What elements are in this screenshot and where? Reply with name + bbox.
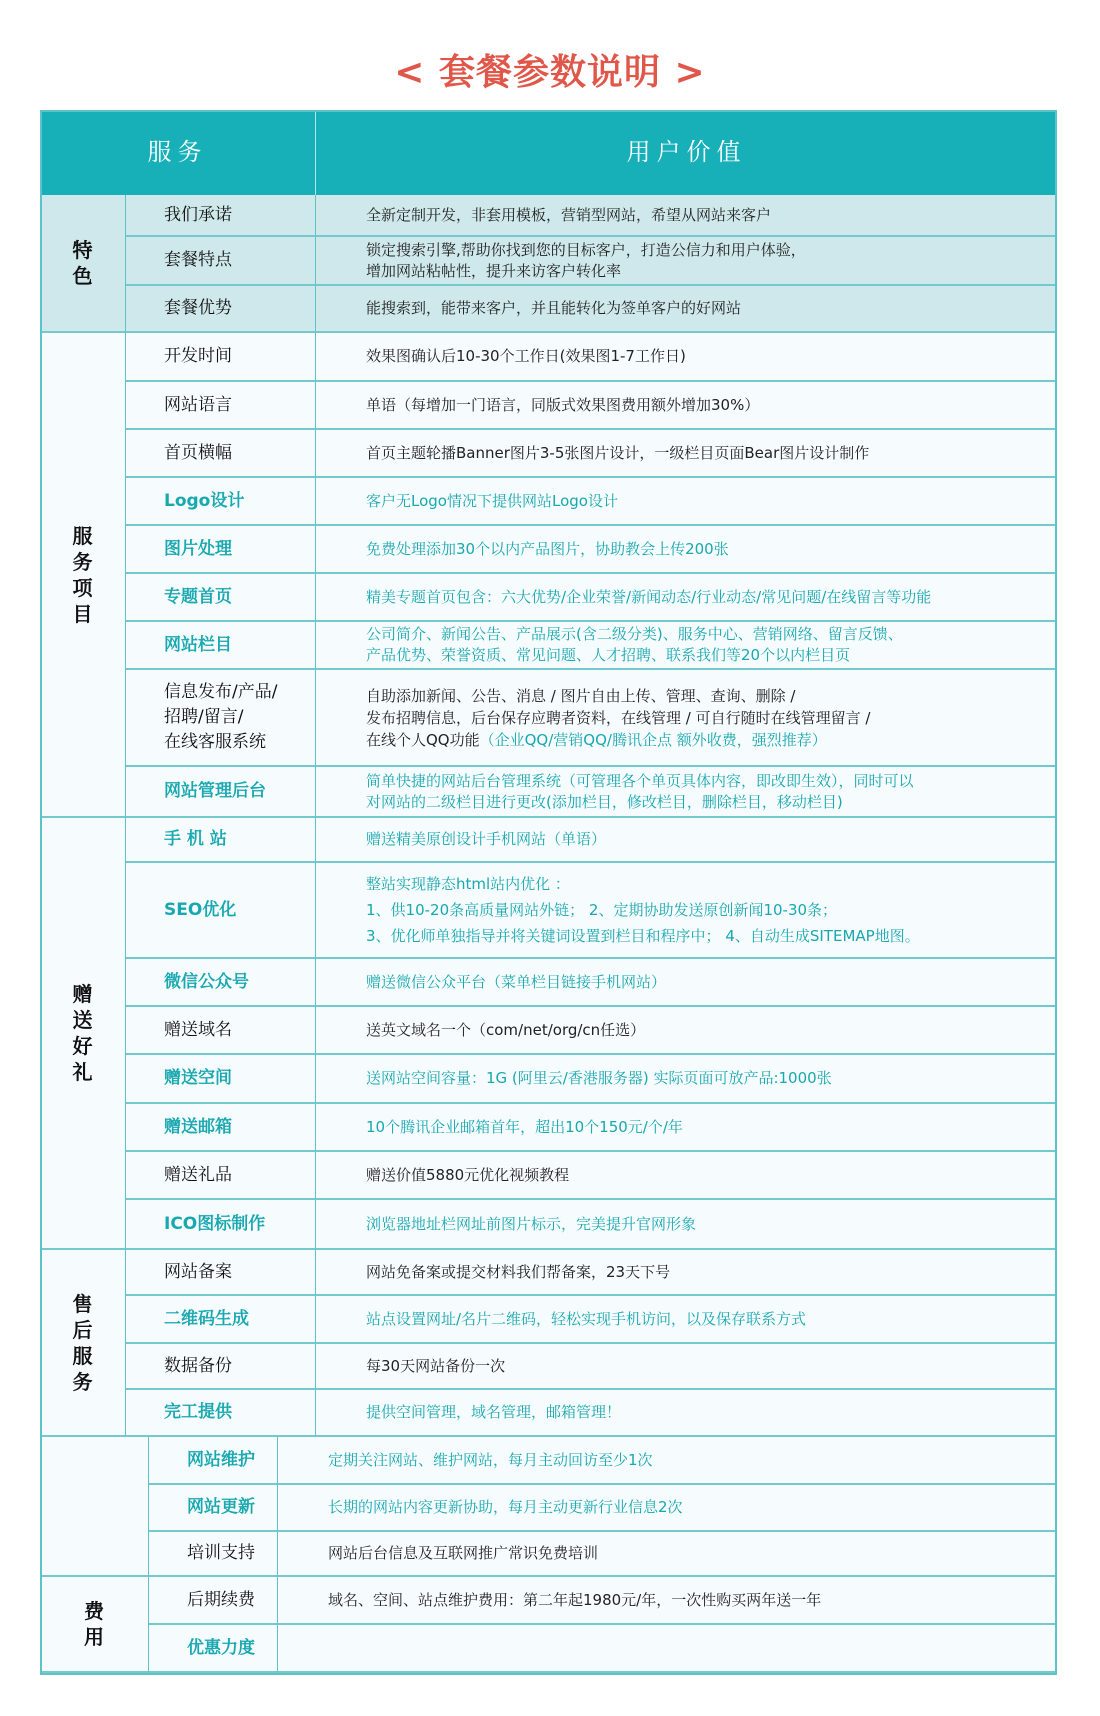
service-value-cell: 送英文域名一个（com/net/org/cn任选） [316, 1007, 1057, 1055]
service-value: 整站实现静态html站内优化 ：1、供10-20条高质量网站外链； 2、定期协助… [366, 871, 920, 949]
group-label: 赠送好礼 [72, 981, 94, 1085]
service-name: 网站备案 [164, 1260, 232, 1285]
service-line: 专题首页 [164, 585, 232, 610]
service-name-cell: 套餐特点 [126, 237, 316, 286]
group-label-cell: 费用 [40, 1577, 149, 1673]
service-value-cell: 域名、空间、站点维护费用：第二年起1980元/年，一次性购买两年送一年 [278, 1577, 1057, 1625]
service-value: 公司简介、新闻公告、产品展示(含二级分类)、服务中心、营销网络、留言反馈、产品优… [366, 624, 903, 666]
service-name-cell: 网站维护 [149, 1437, 278, 1485]
value-line: 站点设置网址/名片二维码，轻松实现手机访问，以及保存联系方式 [366, 1309, 806, 1330]
service-name-cell: SEO优化 [126, 863, 316, 959]
service-line: 赠送空间 [164, 1066, 232, 1091]
service-name-cell: 微信公众号 [126, 959, 316, 1007]
service-value-cell: 能搜索到，能带来客户，并且能转化为签单客户的好网站 [316, 286, 1057, 333]
service-value-cell: 公司简介、新闻公告、产品展示(含二级分类)、服务中心、营销网络、留言反馈、产品优… [316, 622, 1057, 670]
service-line: 套餐特点 [164, 248, 232, 273]
value-line: 每30天网站备份一次 [366, 1356, 505, 1377]
service-value-cell: 每30天网站备份一次 [316, 1344, 1057, 1390]
value-line: 效果图确认后10-30个工作日(效果图1-7工作日) [366, 346, 686, 367]
value-line: 单语（每增加一门语言，同版式效果图费用额外增加30%） [366, 395, 759, 416]
service-name: 微信公众号 [164, 970, 249, 995]
service-value: 10个腾讯企业邮箱首年，超出10个150元/个/年 [366, 1117, 683, 1138]
value-line: 产品优势、荣誉资质、常见问题、人才招聘、联系我们等20个以内栏目页 [366, 645, 903, 666]
service-name: Logo设计 [164, 489, 244, 514]
service-name: 网站管理后台 [164, 779, 266, 804]
service-value-cell: 单语（每增加一门语言，同版式效果图费用额外增加30%） [316, 382, 1057, 430]
value-line: 首页主题轮播Banner图片3-5张图片设计，一级栏目页面Bear图片设计制作 [366, 443, 869, 464]
service-name-cell: 我们承诺 [126, 195, 316, 237]
service-name-cell: 图片处理 [126, 526, 316, 574]
service-value: 提供空间管理，域名管理，邮箱管理！ [366, 1402, 621, 1423]
service-name: ICO图标制作 [164, 1212, 265, 1237]
service-value: 每30天网站备份一次 [366, 1356, 505, 1377]
value-line: 3、优化师单独指导并将关键词设置到栏目和程序中； 4、自动生成SITEMAP地图… [366, 923, 920, 949]
service-name: 完工提供 [164, 1400, 232, 1425]
service-value: 效果图确认后10-30个工作日(效果图1-7工作日) [366, 346, 686, 367]
service-name-cell: 网站栏目 [126, 622, 316, 670]
service-name-cell: 后期续费 [149, 1577, 278, 1625]
service-name-cell: 套餐优势 [126, 286, 316, 333]
service-name: 首页横幅 [164, 441, 232, 466]
service-name: 套餐特点 [164, 248, 232, 273]
service-value-cell: 送网站空间容量：1G (阿里云/香港服务器) 实际页面可放产品:1000张 [316, 1055, 1057, 1104]
group-label: 售后服务 [72, 1291, 94, 1395]
service-value: 网站后台信息及互联网推广常识免费培训 [328, 1543, 598, 1564]
service-line: ICO图标制作 [164, 1212, 265, 1237]
value-line: 长期的网站内容更新协助，每月主动更新行业信息2次 [328, 1497, 683, 1518]
service-line: 图片处理 [164, 537, 232, 562]
group-label-cell: 特色 [40, 195, 126, 333]
service-name: 套餐优势 [164, 296, 232, 321]
value-line: 1、供10-20条高质量网站外链； 2、定期协助发送原创新闻10-30条； [366, 897, 920, 923]
group-label-cell: 赠送好礼 [40, 818, 126, 1250]
service-name: 赠送礼品 [164, 1163, 232, 1188]
service-value: 精美专题首页包含：六大优势/企业荣誉/新闻动态/行业动态/常见问题/在线留言等功… [366, 587, 931, 608]
service-name: 网站维护 [187, 1448, 255, 1473]
service-name: 网站更新 [187, 1495, 255, 1520]
header-value: 用户价值 [316, 110, 1057, 195]
service-value: 全新定制开发，非套用模板，营销型网站，希望从网站来客户 [366, 205, 771, 226]
service-value: 浏览器地址栏网址前图片标示，完美提升官网形象 [366, 1214, 696, 1235]
service-name-cell: 手 机 站 [126, 818, 316, 863]
service-name: 专题首页 [164, 585, 232, 610]
value-line: 自助添加新闻、公告、消息 / 图片自由上传、管理、查询、删除 / [366, 685, 870, 707]
value-line: 浏览器地址栏网址前图片标示，完美提升官网形象 [366, 1214, 696, 1235]
value-line: 定期关注网站、维护网站，每月主动回访至少1次 [328, 1450, 653, 1471]
group-label: 服务项目 [72, 523, 94, 627]
service-value-cell: 站点设置网址/名片二维码，轻松实现手机访问，以及保存联系方式 [316, 1296, 1057, 1344]
service-line: 赠送邮箱 [164, 1115, 232, 1140]
value-line: 精美专题首页包含：六大优势/企业荣誉/新闻动态/行业动态/常见问题/在线留言等功… [366, 587, 931, 608]
service-name-cell: ICO图标制作 [126, 1200, 316, 1250]
service-value: 送网站空间容量：1G (阿里云/香港服务器) 实际页面可放产品:1000张 [366, 1068, 832, 1089]
service-name: 二维码生成 [164, 1307, 249, 1332]
service-line: 网站语言 [164, 393, 232, 418]
service-name-cell: Logo设计 [126, 478, 316, 526]
service-name-cell: 开发时间 [126, 333, 316, 382]
service-line: 网站栏目 [164, 633, 232, 658]
value-line: 客户无Logo情况下提供网站Logo设计 [366, 491, 618, 512]
service-value-cell: 长期的网站内容更新协助，每月主动更新行业信息2次 [278, 1485, 1057, 1532]
service-value-cell: 精美专题首页包含：六大优势/企业荣誉/新闻动态/行业动态/常见问题/在线留言等功… [316, 574, 1057, 622]
service-value-cell: 客户无Logo情况下提供网站Logo设计 [316, 478, 1057, 526]
group-label: 费用 [83, 1598, 105, 1650]
service-value: 定期关注网站、维护网站，每月主动回访至少1次 [328, 1450, 653, 1471]
value-line: 送英文域名一个（com/net/org/cn任选） [366, 1020, 645, 1041]
service-name: 我们承诺 [164, 203, 232, 228]
header-service: 服务 [40, 110, 316, 195]
value-line: 锁定搜索引擎,帮助你找到您的目标客户，打造公信力和用户体验， [366, 240, 806, 261]
service-value-cell: 自助添加新闻、公告、消息 / 图片自由上传、管理、查询、删除 /发布招聘信息，后… [316, 670, 1057, 767]
service-value-cell: 赠送精美原创设计手机网站（单语） [316, 818, 1057, 863]
value-line: 在线个人QQ功能 [366, 731, 480, 749]
value-line: 公司简介、新闻公告、产品展示(含二级分类)、服务中心、营销网络、留言反馈、 [366, 624, 903, 645]
service-name-cell: 网站更新 [149, 1485, 278, 1532]
service-value-cell: 整站实现静态html站内优化 ：1、供10-20条高质量网站外链； 2、定期协助… [316, 863, 1057, 959]
service-value-cell: 简单快捷的网站后台管理系统（可管理各个单页具体内容，即改即生效），同时可以对网站… [316, 767, 1057, 818]
service-line: 后期续费 [187, 1588, 255, 1613]
service-line: 数据备份 [164, 1354, 232, 1379]
group-label-cell [40, 1437, 149, 1577]
value-line: 赠送微信公众平台（菜单栏目链接手机网站） [366, 972, 666, 993]
service-value-cell: 首页主题轮播Banner图片3-5张图片设计，一级栏目页面Bear图片设计制作 [316, 430, 1057, 478]
service-value: 首页主题轮播Banner图片3-5张图片设计，一级栏目页面Bear图片设计制作 [366, 443, 869, 464]
service-value: 网站免备案或提交材料我们帮备案，23天下号 [366, 1262, 670, 1283]
page-title: < 套餐参数说明 > [0, 44, 1100, 95]
value-line: 发布招聘信息，后台保存应聘者资料，在线管理 / 可自行随时在线管理留言 / [366, 707, 870, 729]
group-label-cell: 售后服务 [40, 1250, 126, 1437]
service-value-cell: 锁定搜索引擎,帮助你找到您的目标客户，打造公信力和用户体验，增加网站粘帖性，提升… [316, 237, 1057, 286]
value-line: 赠送精美原创设计手机网站（单语） [366, 829, 606, 850]
service-name-cell: 专题首页 [126, 574, 316, 622]
service-name-cell: 网站语言 [126, 382, 316, 430]
service-name-cell: 二维码生成 [126, 1296, 316, 1344]
value-line: 全新定制开发，非套用模板，营销型网站，希望从网站来客户 [366, 205, 771, 226]
service-value: 赠送精美原创设计手机网站（单语） [366, 829, 606, 850]
group-label: 特色 [72, 237, 94, 289]
service-name: 赠送空间 [164, 1066, 232, 1091]
service-value-cell: 网站后台信息及互联网推广常识免费培训 [278, 1532, 1057, 1577]
service-line: 信息发布/产品/ [164, 680, 277, 705]
service-value-cell: 赠送微信公众平台（菜单栏目链接手机网站） [316, 959, 1057, 1007]
service-name: 网站语言 [164, 393, 232, 418]
value-line: 能搜索到，能带来客户，并且能转化为签单客户的好网站 [366, 298, 741, 319]
service-line: 开发时间 [164, 344, 232, 369]
service-name: 数据备份 [164, 1354, 232, 1379]
value-line: 增加网站粘帖性，提升来访客户转化率 [366, 261, 806, 282]
service-name: 手 机 站 [164, 827, 227, 852]
service-line: 网站备案 [164, 1260, 232, 1285]
service-value: 客户无Logo情况下提供网站Logo设计 [366, 491, 618, 512]
service-line: 赠送域名 [164, 1018, 232, 1043]
service-value-cell: 免费处理添加30个以内产品图片，协助教会上传200张 [316, 526, 1057, 574]
service-value: 自助添加新闻、公告、消息 / 图片自由上传、管理、查询、删除 /发布招聘信息，后… [366, 685, 870, 751]
service-value: 能搜索到，能带来客户，并且能转化为签单客户的好网站 [366, 298, 741, 319]
service-value: 简单快捷的网站后台管理系统（可管理各个单页具体内容，即改即生效），同时可以对网站… [366, 771, 914, 813]
service-line: 套餐优势 [164, 296, 232, 321]
service-name: SEO优化 [164, 898, 236, 923]
service-name: 图片处理 [164, 537, 232, 562]
service-value: 单语（每增加一门语言，同版式效果图费用额外增加30%） [366, 395, 759, 416]
value-line: 网站后台信息及互联网推广常识免费培训 [328, 1543, 598, 1564]
service-value-cell [278, 1625, 1057, 1673]
service-value: 赠送微信公众平台（菜单栏目链接手机网站） [366, 972, 666, 993]
value-line: 整站实现静态html站内优化 ： [366, 871, 920, 897]
service-line: 我们承诺 [164, 203, 232, 228]
service-line: 招聘/留言/ [164, 705, 277, 730]
value-line: 简单快捷的网站后台管理系统（可管理各个单页具体内容，即改即生效），同时可以 [366, 771, 914, 792]
service-value-cell: 赠送价值5880元优化视频教程 [316, 1152, 1057, 1200]
service-name: 赠送邮箱 [164, 1115, 232, 1140]
service-line: 网站维护 [187, 1448, 255, 1473]
service-line: 首页横幅 [164, 441, 232, 466]
service-name: 后期续费 [187, 1588, 255, 1613]
service-name-cell: 完工提供 [126, 1390, 316, 1437]
service-name-cell: 优惠力度 [149, 1625, 278, 1673]
service-name: 培训支持 [187, 1541, 255, 1566]
service-line: 二维码生成 [164, 1307, 249, 1332]
value-line: 提供空间管理，域名管理，邮箱管理！ [366, 1402, 621, 1423]
value-line: 对网站的二级栏目进行更改(添加栏目，修改栏目，删除栏目，移动栏目) [366, 792, 914, 813]
service-value: 送英文域名一个（com/net/org/cn任选） [366, 1020, 645, 1041]
service-name: 开发时间 [164, 344, 232, 369]
service-line: 赠送礼品 [164, 1163, 232, 1188]
service-name: 网站栏目 [164, 633, 232, 658]
service-line: Logo设计 [164, 489, 244, 514]
value-line: 免费处理添加30个以内产品图片，协助教会上传200张 [366, 539, 729, 560]
value-line: 赠送价值5880元优化视频教程 [366, 1165, 569, 1186]
table-header: 服务 用户价值 [40, 110, 1057, 195]
value-line: 送网站空间容量：1G (阿里云/香港服务器) 实际页面可放产品:1000张 [366, 1068, 832, 1089]
value-line: 10个腾讯企业邮箱首年，超出10个150元/个/年 [366, 1117, 683, 1138]
service-value: 站点设置网址/名片二维码，轻松实现手机访问，以及保存联系方式 [366, 1309, 806, 1330]
service-name-cell: 培训支持 [149, 1532, 278, 1577]
service-line: 培训支持 [187, 1541, 255, 1566]
service-value: 赠送价值5880元优化视频教程 [366, 1165, 569, 1186]
service-value: 免费处理添加30个以内产品图片，协助教会上传200张 [366, 539, 729, 560]
service-name-cell: 数据备份 [126, 1344, 316, 1390]
service-name-cell: 首页横幅 [126, 430, 316, 478]
service-name-cell: 赠送礼品 [126, 1152, 316, 1200]
service-value-cell: 网站免备案或提交材料我们帮备案，23天下号 [316, 1250, 1057, 1296]
service-line: 在线客服系统 [164, 730, 277, 755]
service-name: 优惠力度 [187, 1636, 255, 1661]
service-line: SEO优化 [164, 898, 236, 923]
service-value-cell: 效果图确认后10-30个工作日(效果图1-7工作日) [316, 333, 1057, 382]
service-value-cell: 提供空间管理，域名管理，邮箱管理！ [316, 1390, 1057, 1437]
service-value-cell: 浏览器地址栏网址前图片标示，完美提升官网形象 [316, 1200, 1057, 1250]
service-line: 优惠力度 [187, 1636, 255, 1661]
service-line: 网站管理后台 [164, 779, 266, 804]
service-name-cell: 赠送域名 [126, 1007, 316, 1055]
service-name: 信息发布/产品/招聘/留言/在线客服系统 [164, 680, 277, 755]
group-label-cell: 服务项目 [40, 333, 126, 818]
service-value: 域名、空间、站点维护费用：第二年起1980元/年，一次性购买两年送一年 [328, 1590, 821, 1611]
service-name: 赠送域名 [164, 1018, 232, 1043]
value-line: 网站免备案或提交材料我们帮备案，23天下号 [366, 1262, 670, 1283]
service-name-cell: 网站备案 [126, 1250, 316, 1296]
service-value: 长期的网站内容更新协助，每月主动更新行业信息2次 [328, 1497, 683, 1518]
value-accent: （企业QQ/营销QQ/腾讯企点 额外收费，强烈推荐） [480, 731, 827, 749]
service-line: 手 机 站 [164, 827, 227, 852]
service-name-cell: 网站管理后台 [126, 767, 316, 818]
service-name-cell: 赠送空间 [126, 1055, 316, 1104]
service-value-cell: 定期关注网站、维护网站，每月主动回访至少1次 [278, 1437, 1057, 1485]
value-line: 域名、空间、站点维护费用：第二年起1980元/年，一次性购买两年送一年 [328, 1590, 821, 1611]
service-line: 完工提供 [164, 1400, 232, 1425]
service-name-cell: 赠送邮箱 [126, 1104, 316, 1152]
service-value-cell: 10个腾讯企业邮箱首年，超出10个150元/个/年 [316, 1104, 1057, 1152]
service-line: 微信公众号 [164, 970, 249, 995]
service-value-cell: 全新定制开发，非套用模板，营销型网站，希望从网站来客户 [316, 195, 1057, 237]
service-line: 网站更新 [187, 1495, 255, 1520]
service-name-cell: 信息发布/产品/招聘/留言/在线客服系统 [126, 670, 316, 767]
service-value: 锁定搜索引擎,帮助你找到您的目标客户，打造公信力和用户体验，增加网站粘帖性，提升… [366, 240, 806, 282]
